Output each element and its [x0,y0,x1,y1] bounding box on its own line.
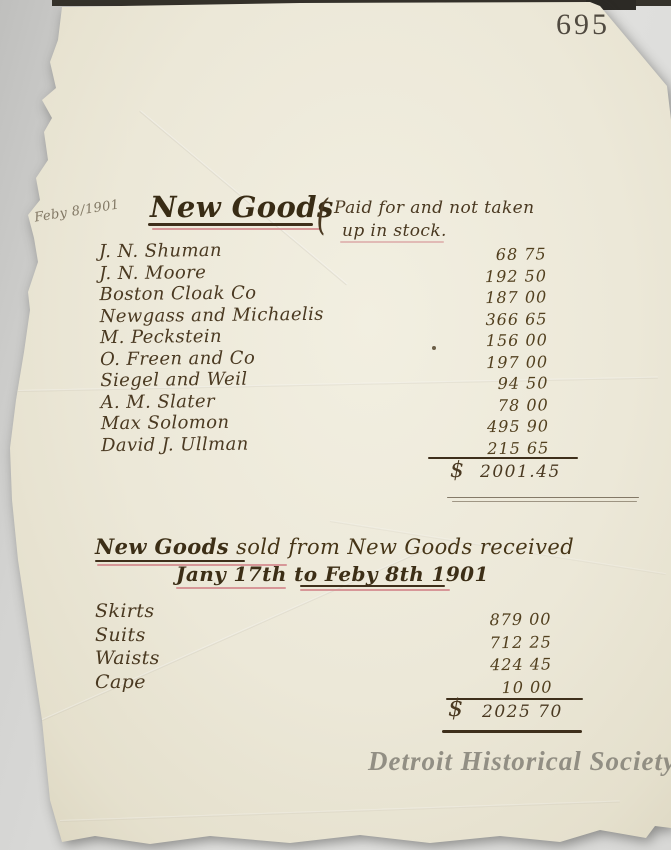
ledger-entry-amount: 94 50 [448,373,548,396]
ledger-entry-amount: 495 90 [449,416,549,439]
ledger-entry-amount: 197 00 [448,352,548,375]
ink-spot [432,346,436,350]
total2-value: 2025 70 [482,702,563,722]
ledger-entry-amount: 192 50 [447,266,547,289]
ledger-entry-name: O. Freen and Co [100,346,324,370]
title-underline-red [152,228,320,230]
ledger-entry-amount: 712 25 [468,632,552,656]
ledger-entry-name: Suits [95,624,160,648]
section2-amount-list: 879 00 712 25 424 45 10 00 [467,609,552,700]
ledger-entry-name: J. N. Shuman [99,239,323,263]
section1-note-line1: Paid for and not taken [334,198,534,218]
ledger-entry-amount: 879 00 [467,609,551,633]
ledger-entry-amount: 78 00 [449,395,549,418]
date-underline-red2 [300,589,450,591]
watermark-text: Detroit Historical Society [368,746,671,777]
ledger-entry-amount: 187 00 [447,287,547,310]
date-underline [300,585,445,587]
section1-name-list: J. N. Shuman J. N. Moore Boston Cloak Co… [99,239,325,456]
section1-title: New Goods [150,190,334,224]
total2-currency: $ [448,694,464,722]
ledger-entry-name: Newgass and Michaelis [100,303,324,327]
scanned-ledger-page: 695 Feby 8/1901 New Goods ( Paid for and… [0,0,671,850]
sum-line2 [446,698,583,700]
paper-sheet: 695 Feby 8/1901 New Goods ( Paid for and… [0,0,671,850]
ledger-entry-name: Skirts [95,600,160,624]
total1-currency: $ [450,458,464,483]
ledger-entry-name: Boston Cloak Co [99,282,323,306]
ledger-entry-amount: 68 75 [447,244,547,267]
ledger-entry-name: M. Peckstein [100,325,324,349]
final-rule [442,730,582,733]
margin-date-note: Feby 8/1901 [33,197,120,225]
note-underline-red [340,241,444,243]
double-rule-bottom [452,501,637,502]
ledger-entry-name: Cape [95,671,160,695]
section1-note-line2: up in stock. [342,221,447,241]
ledger-entry-amount: 424 45 [468,654,552,678]
ledger-entry-name: A. M. Slater [100,389,324,413]
section1-amount-list: 68 75 192 50 187 00 366 65 156 00 197 00… [447,244,550,460]
section2-header: New Goods sold from New Goods received [95,534,574,559]
ledger-entry-name: J. N. Moore [99,260,323,284]
ledger-entry-name: David J. Ullman [101,432,325,456]
title-underline [148,223,313,226]
double-rule-top [447,497,639,498]
total1-value: 2001.45 [480,462,561,482]
ledger-entry-name: Max Solomon [101,411,325,435]
section2-title: New Goods [95,534,229,559]
paper-crease [60,800,620,822]
ledger-entry-name: Waists [95,647,160,671]
section2-date-range: Jany 17th to Feby 8th 1901 [176,562,489,586]
paper-sheet-wrap: 695 Feby 8/1901 New Goods ( Paid for and… [0,0,671,850]
date-underline-red1 [176,587,286,589]
ledger-entry-name: Siegel and Weil [100,368,324,392]
section2-subtitle: sold from New Goods received [229,535,574,559]
ledger-entry-amount: 366 65 [447,309,547,332]
page-number: 695 [556,8,610,42]
note-brace: ( [317,190,329,239]
section2-item-list: Skirts Suits Waists Cape [95,600,160,694]
ledger-entry-amount: 156 00 [448,330,548,353]
